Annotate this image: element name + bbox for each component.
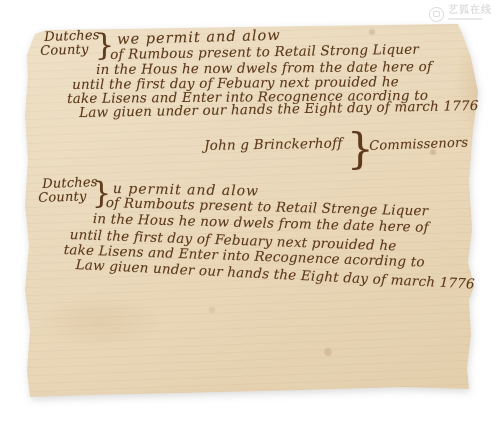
section1-county-label-bottom: County (40, 43, 89, 59)
section2-county-label-bottom: County (38, 190, 87, 206)
auction-photo: 艺狐在线 Dutches County } we permit and alow… (0, 0, 500, 422)
watermark: 艺狐在线 (429, 6, 492, 22)
signature-name: John g Brinckerhoff (204, 137, 343, 153)
watermark-logo-icon (429, 7, 444, 22)
watermark-text: 艺狐在线 (448, 6, 492, 16)
watermark-tagline-bar (448, 18, 482, 20)
